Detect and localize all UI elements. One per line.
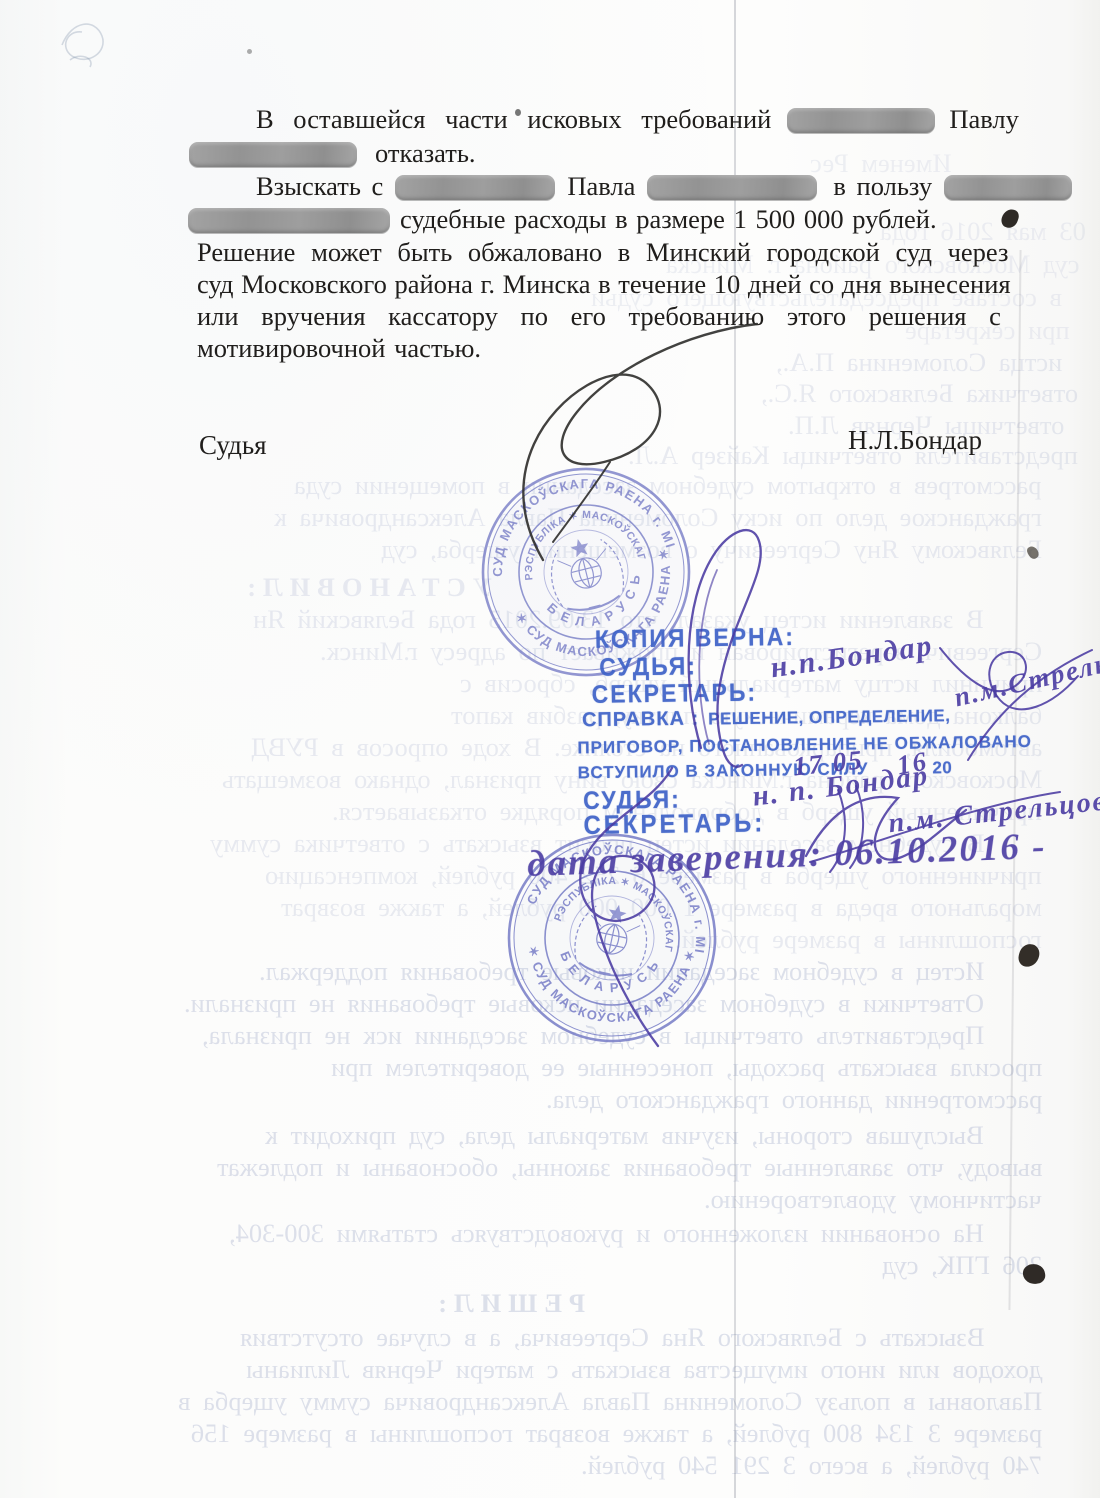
printed-text: судебные расходы в размере 1 500 000 руб… [400, 204, 937, 235]
printed-text: Павлу [949, 104, 1019, 135]
stamp-text: КОПИЯ ВЕРНА: [595, 622, 795, 653]
printed-text: Взыскать с [256, 171, 383, 202]
speck [247, 49, 252, 54]
document-text-line: судебные расходы в размере 1 500 000 руб… [188, 203, 937, 235]
printed-text: или вручения кассатору по его требованию… [197, 301, 1001, 332]
stamp-text: 20 [932, 758, 952, 777]
printed-text: В оставшейся части исковых требований [256, 104, 771, 135]
printed-text: Решение может быть обжаловано в Минский … [197, 237, 1008, 268]
bleed-through-line: размере 3 134 800 рублей, а также возвра… [191, 1418, 1042, 1449]
bleed-through-line: выводу, что заявленные требования законн… [217, 1152, 1042, 1183]
judge-label: Судья [199, 430, 267, 461]
bleed-through-line: Взыскать с Белявского Яна Сергеевича, а … [240, 1322, 984, 1353]
bleed-through-line: госпошлины в размере рублей. [675, 924, 1042, 955]
bleed-through-line: ответчика Белявского Я.С., [761, 378, 1078, 409]
stamp-text: СУДЬЯ: [599, 651, 697, 681]
redaction-bar [787, 108, 935, 133]
printed-text: отказать. [375, 138, 476, 169]
bleed-through-line: просила взыскать расходы, понесенные ее … [331, 1052, 1042, 1083]
document-text-line: суд Московского района г. Минска в течен… [197, 268, 1011, 300]
spacing-gap [357, 153, 375, 154]
judge-name: Н.Л.Бондар [848, 425, 982, 456]
redaction-bar [647, 175, 817, 200]
spacing-gap [555, 186, 567, 187]
stamp-text: СЕКРЕТАРЬ: [591, 677, 757, 708]
certification-stamp-line: КОПИЯ ВЕРНА: [595, 622, 795, 654]
bleed-through-line: 740 рублей, а всего 3 291 540 рублей. [581, 1450, 1042, 1481]
bleed-through-line: Павловны в пользу Соломенина Павла Алекс… [178, 1386, 1042, 1417]
document-text-line: В оставшейся части исковых требованийПав… [256, 103, 1019, 135]
bleed-through-line: Выслушав стороны, изучив материалы дела,… [265, 1120, 984, 1151]
spacing-gap [383, 186, 395, 187]
redaction-bar [395, 175, 555, 200]
bleed-through-line: РЕШИЛ: [431, 1288, 585, 1319]
printed-text: суд Московского района г. Минска в течен… [197, 269, 1011, 300]
stamp-text: СПРАВКА : [582, 708, 699, 732]
redaction-bar [944, 175, 1072, 200]
document-text-line: Решение может быть обжаловано в Минский … [197, 236, 1008, 268]
printed-text: в пользу [833, 171, 932, 202]
stamp-text: РЕШЕНИЕ, ОПРЕДЕЛЕНИЕ, [708, 706, 951, 728]
scanned-document-page: Судья Н.Л.Бондар [0, 0, 1100, 1498]
spacing-gap [390, 219, 400, 220]
document-text-line: отказать. [189, 137, 476, 169]
document-text-line: Взыскать сПавлав пользу [256, 170, 1072, 202]
spacing-gap [817, 186, 833, 187]
redaction-bar [189, 142, 357, 167]
printed-text: мотивировочной частью. [197, 333, 481, 364]
bleed-through-line: 306 ГПК, суд [882, 1250, 1042, 1281]
bleed-through-line: УСТАНОВИЛ: [240, 572, 492, 603]
bleed-through-line: частичному удовлетворению. [704, 1184, 1042, 1215]
bleed-through-line: На основании изложенного и руководствуяс… [229, 1218, 984, 1249]
bleed-through-line: доходов или иного имущества взыскать с м… [246, 1354, 1042, 1385]
document-text-line: мотивировочной частью. [197, 332, 481, 364]
spacing-gap [771, 119, 787, 120]
corner-scribble [62, 24, 103, 67]
ink-blot [1022, 1263, 1047, 1286]
spacing-gap [635, 186, 647, 187]
bleed-through-line: рассмотрении данного гражданского дела. [546, 1084, 1042, 1115]
redaction-bar [188, 208, 390, 233]
document-text-line: или вручения кассатору по его требованию… [197, 300, 1001, 332]
spacing-gap [932, 186, 944, 187]
certification-stamp-line: СЕКРЕТАРЬ: [591, 677, 757, 709]
speck [515, 109, 521, 116]
printed-text: Павла [567, 171, 635, 202]
spacing-gap [935, 119, 949, 120]
